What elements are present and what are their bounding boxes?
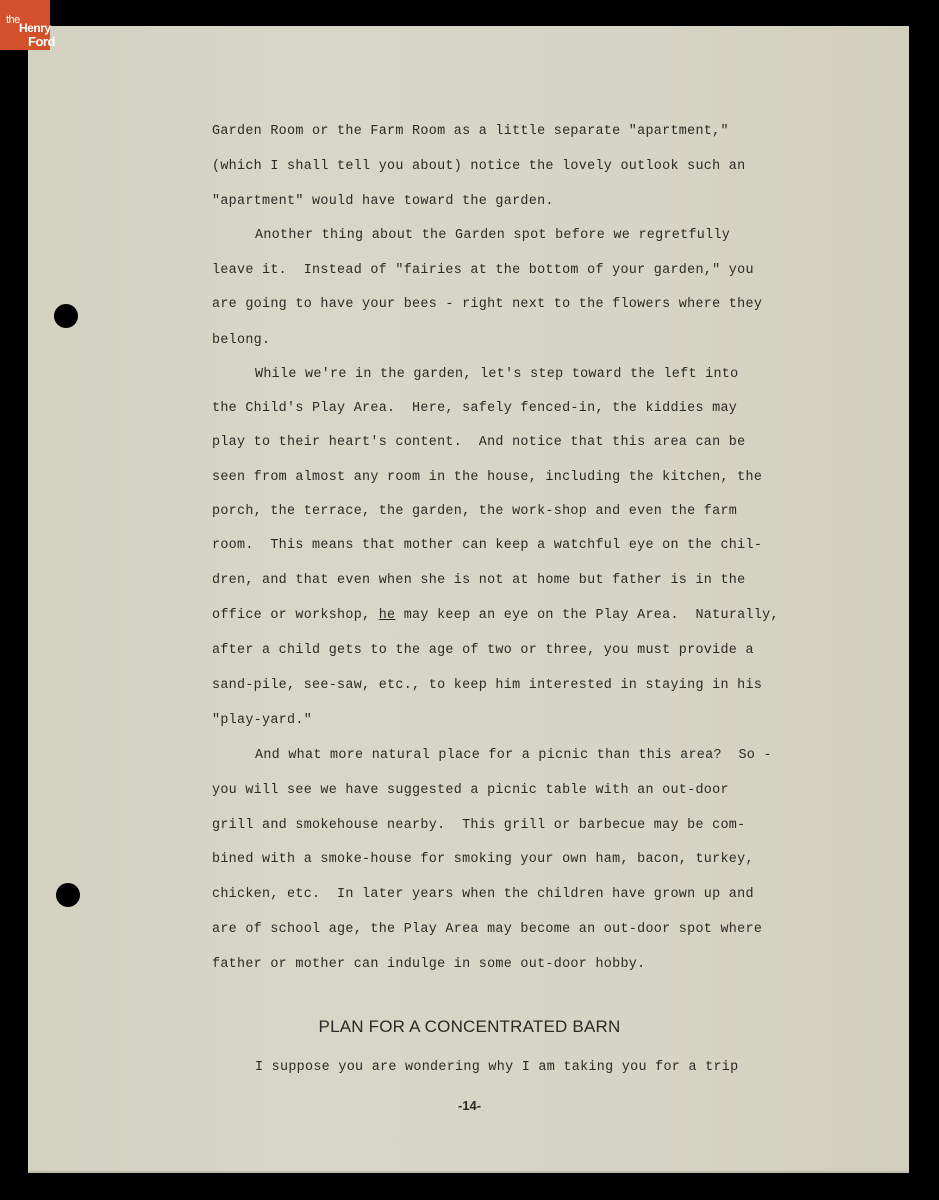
text-line: are going to have your bees - right next…: [212, 297, 762, 312]
text-line: (which I shall tell you about) notice th…: [212, 159, 745, 174]
underlined-word: he: [379, 608, 396, 623]
text-line: father or mother can indulge in some out…: [212, 957, 645, 972]
text-line: "apartment" would have toward the garden…: [212, 194, 554, 209]
paragraph-start: Another thing about the Garden spot befo…: [255, 228, 730, 243]
text-line: belong.: [212, 333, 270, 348]
paragraph-start: I suppose you are wondering why I am tak…: [255, 1060, 738, 1075]
logo-text-the: the: [6, 14, 20, 26]
text-line: porch, the terrace, the garden, the work…: [212, 504, 737, 519]
paragraph-start: And what more natural place for a picnic…: [255, 748, 772, 763]
logo-text-ford: Ford: [28, 34, 55, 49]
punch-hole-top: [54, 304, 78, 328]
text-line: play to their heart's content. And notic…: [212, 435, 745, 450]
text-line: chicken, etc. In later years when the ch…: [212, 887, 754, 902]
text-line: are of school age, the Play Area may bec…: [212, 922, 762, 937]
text-line: sand-pile, see-saw, etc., to keep him in…: [212, 678, 762, 693]
text-segment: office or workshop,: [212, 608, 379, 623]
text-line: seen from almost any room in the house, …: [212, 470, 762, 485]
text-line: after a child gets to the age of two or …: [212, 643, 754, 658]
text-line: room. This means that mother can keep a …: [212, 538, 762, 553]
logo-text-henry: Henry: [19, 21, 51, 35]
paragraph-start: While we're in the garden, let's step to…: [255, 367, 738, 382]
punch-hole-bottom: [56, 883, 80, 907]
text-line: leave it. Instead of "fairies at the bot…: [212, 263, 754, 278]
text-segment: may keep an eye on the Play Area. Natura…: [395, 608, 778, 623]
text-line: Garden Room or the Farm Room as a little…: [212, 124, 729, 139]
text-line: you will see we have suggested a picnic …: [212, 783, 729, 798]
text-line: "play-yard.": [212, 713, 312, 728]
page-number: -14-: [0, 1098, 939, 1113]
text-line: the Child's Play Area. Here, safely fenc…: [212, 401, 737, 416]
text-line: bined with a smoke-house for smoking you…: [212, 852, 754, 867]
text-line: grill and smokehouse nearby. This grill …: [212, 818, 745, 833]
text-line: dren, and that even when she is not at h…: [212, 573, 745, 588]
text-line-with-underline: office or workshop, he may keep an eye o…: [212, 608, 779, 623]
section-heading: PLAN FOR A CONCENTRATED BARN: [0, 1017, 939, 1037]
henry-ford-logo: the Henry Ford: [0, 0, 50, 50]
